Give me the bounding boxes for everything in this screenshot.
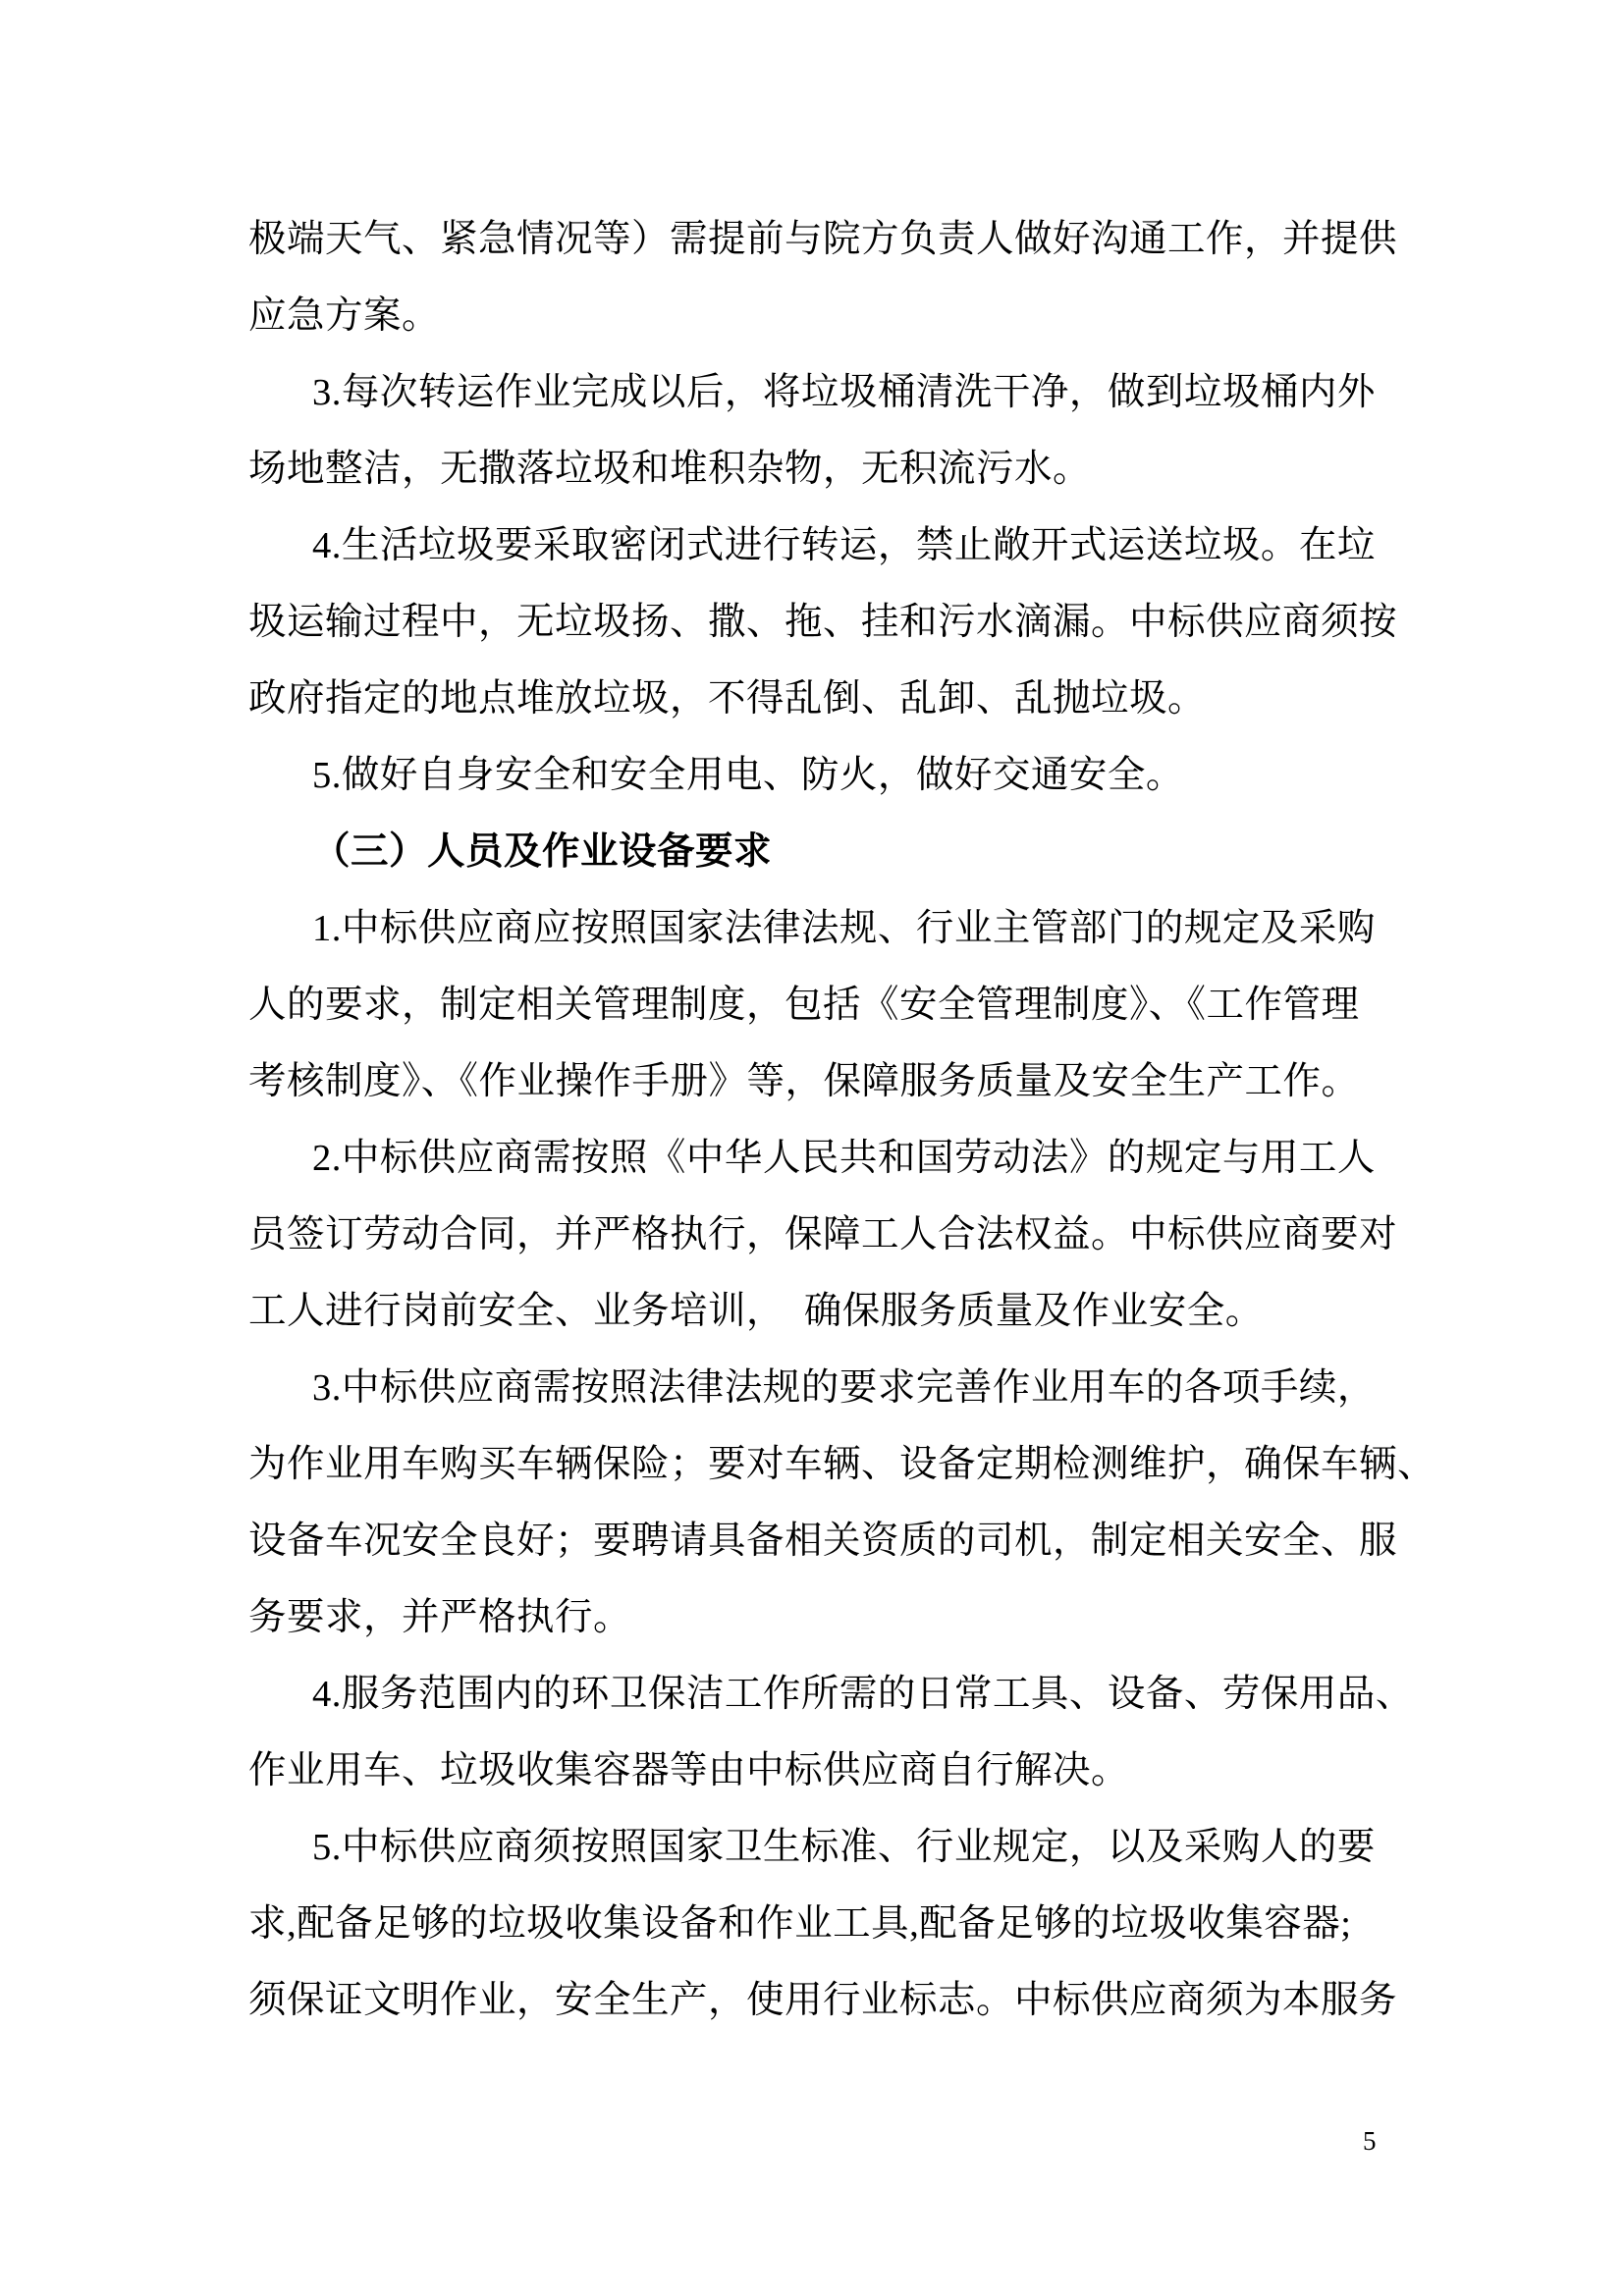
text-line: 2.中标供应商需按照《中华人民共和国劳动法》的规定与用工人 (248, 1120, 1397, 1197)
text-line: 圾运输过程中，无垃圾扬、撒、拖、挂和污水滴漏。中标供应商须按 (248, 584, 1397, 661)
document-page: 极端天气、紧急情况等）需提前与院方负责人做好沟通工作，并提供应急方案。3.每次转… (0, 0, 1624, 2296)
text-line: 人的要求，制定相关管理制度，包括《安全管理制度》、《工作管理 (248, 967, 1397, 1043)
text-line: 须保证文明作业，安全生产，使用行业标志。中标供应商须为本服务 (248, 1962, 1397, 2039)
text-line: 员签订劳动合同，并严格执行，保障工人合法权益。中标供应商要对 (248, 1197, 1397, 1273)
text-line: 5.中标供应商须按照国家卫生标准、行业规定，以及采购人的要 (248, 1809, 1397, 1886)
text-line: 5.做好自身安全和安全用电、防火，做好交通安全。 (248, 737, 1397, 814)
text-line: 务要求，并严格执行。 (248, 1579, 1397, 1656)
text-line: 应急方案。 (248, 278, 1397, 354)
text-line: 4.生活垃圾要采取密闭式进行转运，禁止敞开式运送垃圾。在垃 (248, 507, 1397, 584)
document-body: 极端天气、紧急情况等）需提前与院方负责人做好沟通工作，并提供应急方案。3.每次转… (248, 201, 1397, 2039)
text-line: 工人进行岗前安全、业务培训， 确保服务质量及作业安全。 (248, 1273, 1397, 1350)
text-line: 考核制度》、《作业操作手册》等，保障服务质量及安全生产工作。 (248, 1043, 1397, 1120)
text-line: 3.每次转运作业完成以后，将垃圾桶清洗干净，做到垃圾桶内外 (248, 354, 1397, 431)
text-line: 场地整洁，无撒落垃圾和堆积杂物，无积流污水。 (248, 431, 1397, 507)
text-line: 3.中标供应商需按照法律法规的要求完善作业用车的各项手续， (248, 1350, 1397, 1426)
text-line: 设备车况安全良好；要聘请具备相关资质的司机，制定相关安全、服 (248, 1503, 1397, 1579)
text-line: 政府指定的地点堆放垃圾，不得乱倒、乱卸、乱抛垃圾。 (248, 661, 1397, 737)
section-heading: （三）人员及作业设备要求 (248, 814, 1397, 890)
text-line: 4.服务范围内的环卫保洁工作所需的日常工具、设备、劳保用品、 (248, 1656, 1397, 1733)
text-line: 极端天气、紧急情况等）需提前与院方负责人做好沟通工作，并提供 (248, 201, 1397, 278)
page-number: 5 (1363, 2128, 1377, 2155)
text-line: 作业用车、垃圾收集容器等由中标供应商自行解决。 (248, 1733, 1397, 1809)
text-line: 1.中标供应商应按照国家法律法规、行业主管部门的规定及采购 (248, 890, 1397, 967)
text-line: 为作业用车购买车辆保险；要对车辆、设备定期检测维护，确保车辆、 (248, 1426, 1397, 1503)
text-line: 求,配备足够的垃圾收集设备和作业工具,配备足够的垃圾收集容器; (248, 1886, 1397, 1962)
